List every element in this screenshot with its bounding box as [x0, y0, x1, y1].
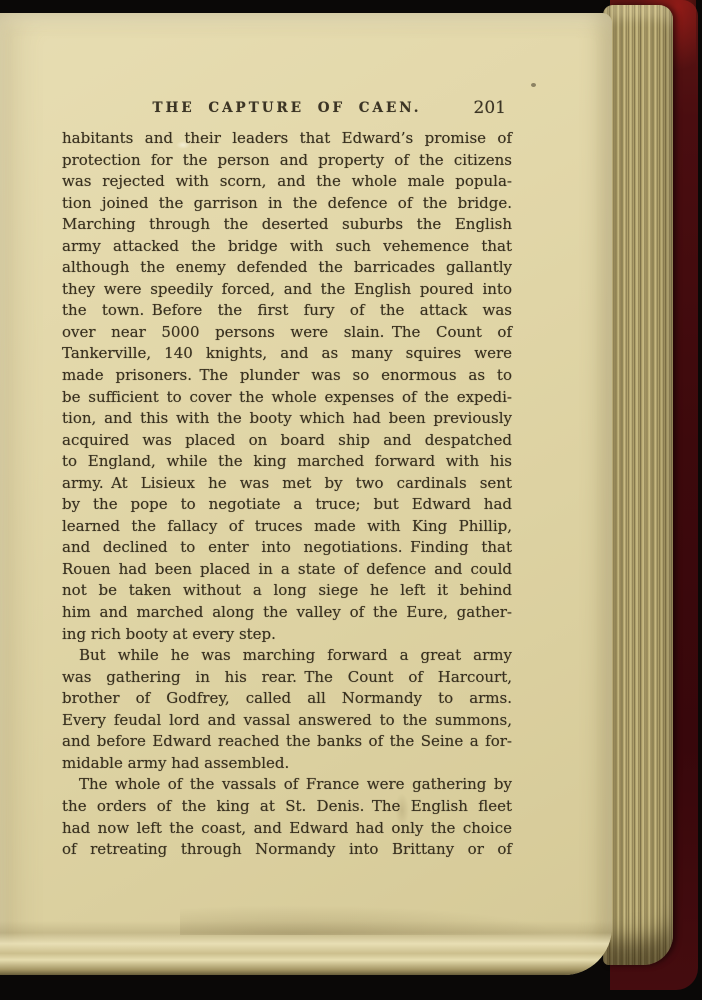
text-line: over near 5000 persons were slain. The C… — [62, 322, 512, 344]
running-header: THE CAPTURE OF CAEN. 201 — [62, 100, 512, 120]
page-edge-stack — [603, 5, 673, 965]
text-line: protection for the person and property o… — [62, 150, 512, 172]
text-line: was rejected with scorn, and the whole m… — [62, 171, 512, 193]
running-title: THE CAPTURE OF CAEN. — [62, 100, 512, 116]
text-line: tion, and this with the booty which had … — [62, 408, 512, 430]
page-text: habitants and their leaders that Edward’… — [62, 128, 512, 861]
text-line: had now left the coast, and Edward had o… — [62, 818, 512, 840]
text-line: Marching through the deserted suburbs th… — [62, 214, 512, 236]
text-line: Tankerville, 140 knights, and as many sq… — [62, 343, 512, 365]
text-line: Rouen had been placed in a state of defe… — [62, 559, 512, 581]
text-line: army. At Lisieux he was met by two cardi… — [62, 473, 512, 495]
book-photo: THE CAPTURE OF CAEN. 201 habitants and t… — [0, 0, 702, 1000]
text-line: was gathering in his rear. The Count of … — [62, 667, 512, 689]
text-line: acquired was placed on board ship and de… — [62, 430, 512, 452]
text-line: made prisoners. The plunder was so enorm… — [62, 365, 512, 387]
text-line: and declined to enter into negotiations.… — [62, 537, 512, 559]
text-line: ing rich booty at every step. — [62, 624, 512, 646]
text-line: learned the fallacy of truces made with … — [62, 516, 512, 538]
text-line: midable army had assembled. — [62, 753, 512, 775]
text-line: the town. Before the first fury of the a… — [62, 300, 512, 322]
text-line: although the enemy defended the barricad… — [62, 257, 512, 279]
text-line: the orders of the king at St. Denis. The… — [62, 796, 512, 818]
text-line: tion joined the garrison in the defence … — [62, 193, 512, 215]
text-line: and before Edward reached the banks of t… — [62, 731, 512, 753]
text-line: brother of Godfrey, called all Normandy … — [62, 688, 512, 710]
text-line: him and marched along the valley of the … — [62, 602, 512, 624]
text-line: The whole of the vassals of France were … — [62, 774, 512, 796]
text-line: Every feudal lord and vassal answered to… — [62, 710, 512, 732]
text-line: not be taken without a long siege he lef… — [62, 580, 512, 602]
book-page: THE CAPTURE OF CAEN. 201 habitants and t… — [0, 13, 612, 975]
page-number: 201 — [474, 98, 506, 118]
text-line: But while he was marching forward a grea… — [62, 645, 512, 667]
text-line: to England, while the king marched forwa… — [62, 451, 512, 473]
page-bottom-edge — [0, 921, 612, 975]
scan-speck — [531, 83, 536, 87]
text-line: by the pope to negotiate a truce; but Ed… — [62, 494, 512, 516]
text-line: of retreating through Normandy into Brit… — [62, 839, 512, 861]
text-line: army attacked the bridge with such vehem… — [62, 236, 512, 258]
text-line: habitants and their leaders that Edward’… — [62, 128, 512, 150]
text-line: be sufficient to cover the whole expense… — [62, 387, 512, 409]
text-line: they were speedily forced, and the Engli… — [62, 279, 512, 301]
